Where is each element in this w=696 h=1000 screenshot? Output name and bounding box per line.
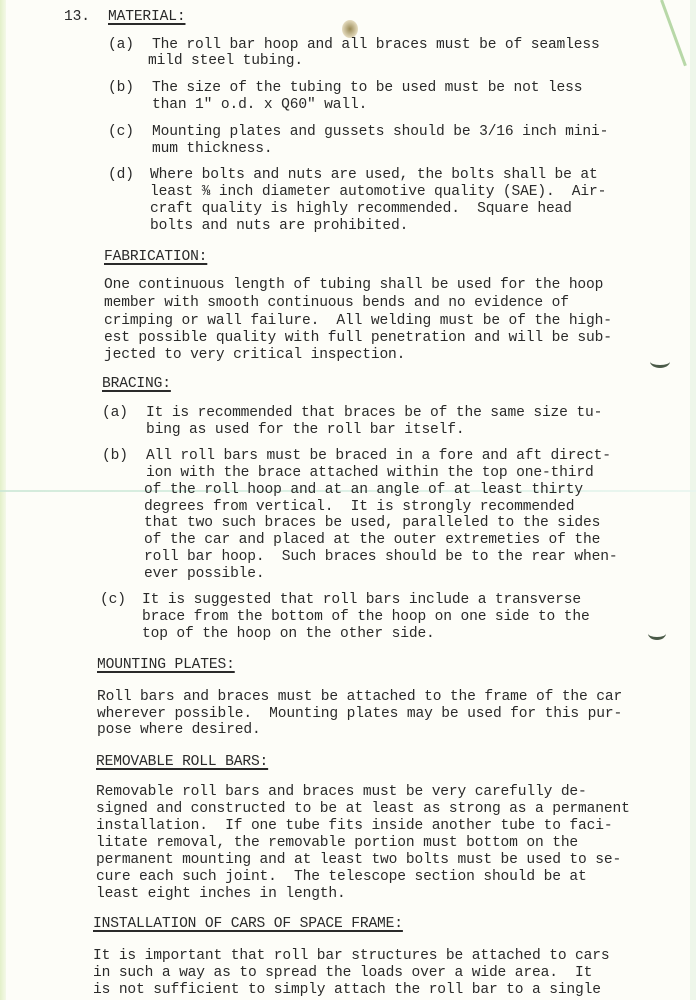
text-line: Where bolts and nuts are used, the bolts… [150,167,598,183]
section-number: 13. [64,9,90,25]
text-line: least eight inches in length. [96,886,346,902]
text-line: brace from the bottom of the hoop on one… [142,609,590,625]
text-line: The roll bar hoop and all braces must be… [152,37,600,53]
text-line: All roll bars must be braced in a fore a… [146,448,611,464]
text-line: than 1" o.d. x Q60" wall. [152,97,367,113]
text-line: ever possible. [144,566,265,582]
text-line: mild steel tubing. [148,53,303,69]
item-label: (a) [102,405,128,421]
text-line: It is recommended that braces be of the … [146,405,602,421]
text-line: Roll bars and braces must be attached to… [97,689,622,705]
text-line: It is important that roll bar structures… [93,948,609,964]
item-label: (a) [108,37,134,53]
text-line: least ⅜ inch diameter automotive quality… [150,184,606,200]
text-line: mum thickness. [152,141,273,157]
text-line: Removable roll bars and braces must be v… [96,784,587,800]
text-line: bolts and nuts are prohibited. [150,218,408,234]
text-line: is not sufficient to simply attach the r… [93,982,601,998]
text-line: Mounting plates and gussets should be 3/… [152,124,608,140]
text-line: pose where desired. [97,722,261,738]
text-line: member with smooth continuous bends and … [104,295,569,311]
item-label: (c) [100,592,126,608]
text-line: It is suggested that roll bars include a… [142,592,581,608]
text-line: permanent mounting and at least two bolt… [96,852,621,868]
text-line: litate removal, the removable portion mu… [96,835,578,851]
page-right-edge [690,0,696,1000]
text-line: installation. If one tube fits inside an… [96,818,612,834]
heading-removable-roll-bars: REMOVABLE ROLL BARS: [96,754,268,770]
text-line: of the roll hoop and at an angle of at l… [144,482,583,498]
text-line: jected to very critical inspection. [104,347,405,363]
text-line: signed and constructed to be at least as… [96,801,630,817]
text-line: bing as used for the roll bar itself. [146,422,464,438]
text-line: The size of the tubing to be used must b… [152,80,582,96]
page-corner-fold [660,0,687,66]
heading-material: MATERIAL: [108,9,185,25]
text-line: crimping or wall failure. All welding mu… [104,313,612,329]
heading-installation: INSTALLATION OF CARS OF SPACE FRAME: [93,916,403,932]
text-line: degrees from vertical. It is strongly re… [144,499,574,515]
text-line: cure each such joint. The telescope sect… [96,869,587,885]
item-label: (b) [108,80,134,96]
item-label: (d) [108,167,134,183]
text-line: wherever possible. Mounting plates may b… [97,706,622,722]
text-line: that two such braces be used, paralleled… [144,515,600,531]
text-line: ion with the brace attached within the t… [146,465,594,481]
text-line: of the car and placed at the outer extre… [144,532,600,548]
text-line: One continuous length of tubing shall be… [104,277,603,293]
stain-mark [342,20,358,38]
text-line: roll bar hoop. Such braces should be to … [144,549,617,565]
staple-mark [650,355,670,368]
item-label: (c) [108,124,134,140]
text-line: in such a way as to spread the loads ove… [93,965,592,981]
page-left-edge [0,0,6,1000]
heading-bracing: BRACING: [102,376,171,392]
text-line: top of the hoop on the other side. [142,626,435,642]
text-line: est possible quality with full penetrati… [104,330,612,346]
heading-mounting-plates: MOUNTING PLATES: [97,657,235,673]
text-line: craft quality is highly recommended. Squ… [150,201,572,217]
heading-fabrication: FABRICATION: [104,249,207,265]
item-label: (b) [102,448,128,464]
staple-mark [648,627,666,640]
